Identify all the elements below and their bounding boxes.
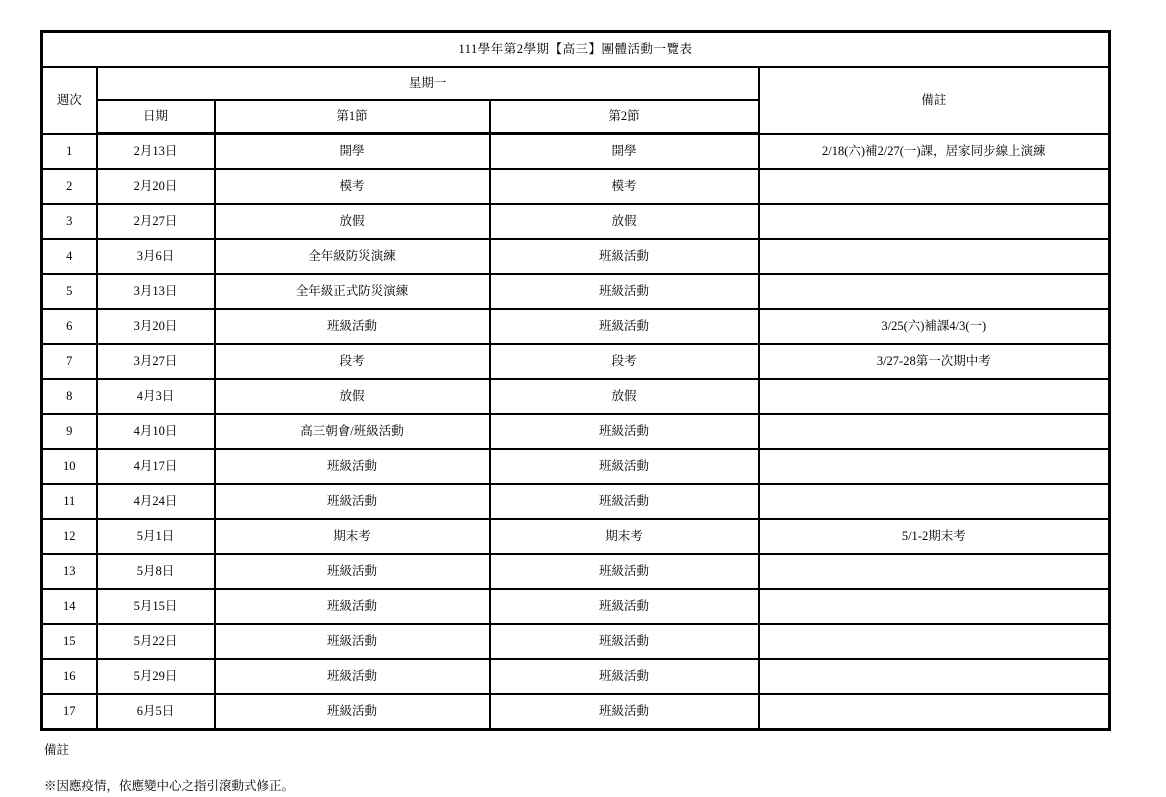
period1-cell: 全年級正式防災演練 [215,274,490,309]
page-title: 111學年第2學期【高三】團體活動一覽表 [42,32,1110,68]
period1-cell: 班級活動 [215,309,490,344]
period2-cell: 班級活動 [490,589,759,624]
table-row: 8 4月3日 放假 放假 [42,379,1110,414]
header-date: 日期 [97,100,215,134]
period2-cell: 放假 [490,204,759,239]
date-cell: 6月5日 [97,694,215,730]
period1-cell: 班級活動 [215,589,490,624]
table-row: 17 6月5日 班級活動 班級活動 [42,694,1110,730]
header-period1: 第1節 [215,100,490,134]
period1-cell: 班級活動 [215,694,490,730]
period2-cell: 班級活動 [490,624,759,659]
week-cell: 5 [42,274,97,309]
note-cell [759,624,1110,659]
title-row: 111學年第2學期【高三】團體活動一覽表 [42,32,1110,68]
footer-remarks-label: 備註 [44,740,69,758]
period2-cell: 期末考 [490,519,759,554]
note-cell: 3/25(六)補課4/3(一) [759,309,1110,344]
week-cell: 3 [42,204,97,239]
week-cell: 14 [42,589,97,624]
period1-cell: 班級活動 [215,624,490,659]
period1-cell: 放假 [215,204,490,239]
note-cell [759,449,1110,484]
note-cell [759,169,1110,204]
date-cell: 5月29日 [97,659,215,694]
period2-cell: 班級活動 [490,694,759,730]
header-period2: 第2節 [490,100,759,134]
period1-cell: 模考 [215,169,490,204]
table-row: 3 2月27日 放假 放假 [42,204,1110,239]
date-cell: 2月13日 [97,134,215,170]
date-cell: 5月15日 [97,589,215,624]
period2-cell: 班級活動 [490,659,759,694]
table-row: 16 5月29日 班級活動 班級活動 [42,659,1110,694]
table-row: 7 3月27日 段考 段考 3/27-28第一次期中考 [42,344,1110,379]
period2-cell: 放假 [490,379,759,414]
period1-cell: 班級活動 [215,554,490,589]
period2-cell: 班級活動 [490,239,759,274]
period2-cell: 班級活動 [490,274,759,309]
table-row: 6 3月20日 班級活動 班級活動 3/25(六)補課4/3(一) [42,309,1110,344]
period2-cell: 段考 [490,344,759,379]
week-cell: 17 [42,694,97,730]
period1-cell: 高三朝會/班級活動 [215,414,490,449]
date-cell: 4月10日 [97,414,215,449]
period2-cell: 模考 [490,169,759,204]
period1-cell: 班級活動 [215,484,490,519]
week-cell: 16 [42,659,97,694]
period1-cell: 全年級防災演練 [215,239,490,274]
week-cell: 1 [42,134,97,170]
header-monday-group: 星期一 [97,67,759,100]
week-cell: 11 [42,484,97,519]
note-cell [759,484,1110,519]
period2-cell: 班級活動 [490,554,759,589]
table-row: 15 5月22日 班級活動 班級活動 [42,624,1110,659]
note-cell [759,659,1110,694]
period2-cell: 班級活動 [490,414,759,449]
table-row: 1 2月13日 開學 開學 2/18(六)補2/27(一)課，居家同步線上演練 [42,134,1110,170]
date-cell: 4月3日 [97,379,215,414]
table-row: 5 3月13日 全年級正式防災演練 班級活動 [42,274,1110,309]
period1-cell: 期末考 [215,519,490,554]
week-cell: 2 [42,169,97,204]
date-cell: 3月20日 [97,309,215,344]
table-row: 13 5月8日 班級活動 班級活動 [42,554,1110,589]
week-cell: 12 [42,519,97,554]
table-row: 14 5月15日 班級活動 班級活動 [42,589,1110,624]
header-week: 週次 [42,67,97,134]
date-cell: 5月8日 [97,554,215,589]
period2-cell: 班級活動 [490,449,759,484]
period1-cell: 班級活動 [215,449,490,484]
note-cell [759,379,1110,414]
date-cell: 5月1日 [97,519,215,554]
note-cell: 3/27-28第一次期中考 [759,344,1110,379]
week-cell: 7 [42,344,97,379]
week-cell: 13 [42,554,97,589]
week-cell: 6 [42,309,97,344]
period2-cell: 班級活動 [490,309,759,344]
date-cell: 2月20日 [97,169,215,204]
period1-cell: 班級活動 [215,659,490,694]
note-cell [759,554,1110,589]
table-row: 4 3月6日 全年級防災演練 班級活動 [42,239,1110,274]
table-row: 2 2月20日 模考 模考 [42,169,1110,204]
date-cell: 3月6日 [97,239,215,274]
note-cell [759,204,1110,239]
table-row: 9 4月10日 高三朝會/班級活動 班級活動 [42,414,1110,449]
date-cell: 3月13日 [97,274,215,309]
period2-cell: 班級活動 [490,484,759,519]
note-cell: 5/1-2期末考 [759,519,1110,554]
week-cell: 9 [42,414,97,449]
date-cell: 4月24日 [97,484,215,519]
week-cell: 10 [42,449,97,484]
note-cell [759,589,1110,624]
footer-remark-text: ※因應疫情，依應變中心之指引滾動式修正。 [44,776,294,794]
date-cell: 2月27日 [97,204,215,239]
week-cell: 4 [42,239,97,274]
header-top-row: 週次 星期一 備註 [42,67,1110,100]
note-cell [759,694,1110,730]
week-cell: 15 [42,624,97,659]
table-row: 11 4月24日 班級活動 班級活動 [42,484,1110,519]
header-remarks: 備註 [759,67,1110,134]
week-cell: 8 [42,379,97,414]
period1-cell: 開學 [215,134,490,170]
note-cell: 2/18(六)補2/27(一)課，居家同步線上演練 [759,134,1110,170]
table-row: 12 5月1日 期末考 期末考 5/1-2期末考 [42,519,1110,554]
note-cell [759,414,1110,449]
period1-cell: 放假 [215,379,490,414]
date-cell: 5月22日 [97,624,215,659]
period2-cell: 開學 [490,134,759,170]
table-row: 10 4月17日 班級活動 班級活動 [42,449,1110,484]
date-cell: 4月17日 [97,449,215,484]
period1-cell: 段考 [215,344,490,379]
activity-schedule-table: 111學年第2學期【高三】團體活動一覽表 週次 星期一 備註 日期 第1節 第2… [40,30,1111,731]
note-cell [759,239,1110,274]
note-cell [759,274,1110,309]
date-cell: 3月27日 [97,344,215,379]
